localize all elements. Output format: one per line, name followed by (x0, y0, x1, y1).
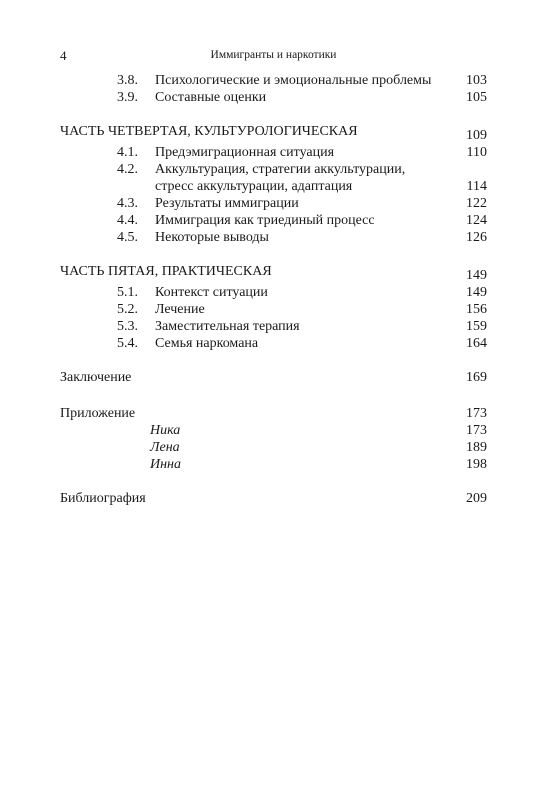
toc-entry[interactable]: Заключение169 (60, 369, 487, 386)
toc-entry[interactable]: 4.2.Аккультурация, стратегии аккультурац… (60, 161, 487, 195)
toc-entry-number: 5.3. (117, 318, 155, 335)
toc-entry-title: Ника (150, 422, 487, 439)
toc-entry[interactable]: Лена189 (60, 439, 487, 456)
toc-entry-page: 169 (466, 369, 487, 386)
toc-entry-number: 4.3. (117, 195, 155, 212)
running-title: Иммигранты и наркотики (60, 49, 487, 61)
toc-entry[interactable]: 4.3.Результаты иммиграции122 (60, 195, 487, 212)
toc-entry-number: 3.8. (117, 72, 155, 89)
toc-entry-page: 114 (467, 178, 487, 195)
toc-entry-number: 5.4. (117, 335, 155, 352)
toc-entry-number: 4.2. (117, 161, 155, 195)
toc-entry[interactable]: 5.4.Семья наркомана164 (60, 335, 487, 352)
toc-entry-number: 3.9. (117, 89, 155, 106)
toc-entry[interactable]: 4.1.Предэмиграционная ситуация110 (60, 144, 487, 161)
toc-entry[interactable]: 5.3.Заместительная терапия159 (60, 318, 487, 335)
toc-entry[interactable]: 3.8.Психологические и эмоциональные проб… (60, 72, 487, 89)
toc-entry-page: 159 (466, 318, 487, 335)
toc-entry-number: 4.1. (117, 144, 155, 161)
toc-entry[interactable]: Ника173 (60, 422, 487, 439)
toc-entry-title: Аккультурация, стратегии аккультурации, … (155, 161, 487, 195)
toc-entry[interactable]: 3.9.Составные оценки105 (60, 89, 487, 106)
toc-entry-title: Некоторые выводы (155, 229, 487, 246)
toc-entry-page: 173 (466, 422, 487, 439)
toc-entry-page: 164 (466, 335, 487, 352)
toc-entry[interactable]: 4.4.Иммиграция как триединый процесс124 (60, 212, 487, 229)
table-of-contents: 3.8.Психологические и эмоциональные проб… (60, 72, 487, 507)
toc-entry-page: 105 (466, 89, 487, 106)
toc-entry-title: Заместительная терапия (155, 318, 487, 335)
toc-entry[interactable]: Приложение173 (60, 405, 487, 422)
toc-entry-page: 110 (467, 144, 487, 161)
toc-entry-page: 109 (466, 127, 487, 144)
toc-entry[interactable]: 4.5.Некоторые выводы126 (60, 229, 487, 246)
toc-part-heading[interactable]: ЧАСТЬ ПЯТАЯ, ПРАКТИЧЕСКАЯ149 (60, 263, 487, 284)
toc-entry-page: 126 (466, 229, 487, 246)
toc-entry-title: ЧАСТЬ ПЯТАЯ, ПРАКТИЧЕСКАЯ (60, 263, 487, 280)
toc-entry-page: 173 (466, 405, 487, 422)
toc-entry-page: 149 (466, 284, 487, 301)
toc-entry-title: Иммиграция как триединый процесс (155, 212, 487, 229)
toc-entry-title: Составные оценки (155, 89, 487, 106)
toc-entry-title: Психологические и эмоциональные проблемы (155, 72, 487, 89)
toc-entry-page: 198 (466, 456, 487, 473)
toc-entry-title: Лена (150, 439, 487, 456)
toc-entry-page: 124 (466, 212, 487, 229)
toc-entry-title: Семья наркомана (155, 335, 487, 352)
toc-entry-page: 209 (466, 490, 487, 507)
toc-entry-number: 5.1. (117, 284, 155, 301)
toc-entry-title: Предэмиграционная ситуация (155, 144, 487, 161)
toc-entry-number: 4.4. (117, 212, 155, 229)
toc-part-heading[interactable]: ЧАСТЬ ЧЕТВЕРТАЯ, КУЛЬТУРОЛОГИЧЕСКАЯ109 (60, 123, 487, 144)
running-head: 4 Иммигранты и наркотики (60, 48, 487, 64)
toc-entry-page: 149 (466, 267, 487, 284)
toc-entry[interactable]: Библиография209 (60, 490, 487, 507)
toc-entry-title: ЧАСТЬ ЧЕТВЕРТАЯ, КУЛЬТУРОЛОГИЧЕСКАЯ (60, 123, 487, 140)
toc-entry-page: 156 (466, 301, 487, 318)
toc-entry-title: Контекст ситуации (155, 284, 487, 301)
toc-entry-number: 5.2. (117, 301, 155, 318)
toc-entry[interactable]: 5.1.Контекст ситуации149 (60, 284, 487, 301)
toc-entry-title: Результаты иммиграции (155, 195, 487, 212)
toc-entry-title: Инна (150, 456, 487, 473)
toc-entry-title: Заключение (60, 369, 487, 386)
toc-entry-page: 122 (466, 195, 487, 212)
toc-entry-page: 103 (466, 72, 487, 89)
toc-entry-page: 189 (466, 439, 487, 456)
toc-entry-title: Библиография (60, 490, 487, 507)
toc-entry-title: Лечение (155, 301, 487, 318)
toc-entry[interactable]: Инна198 (60, 456, 487, 473)
toc-entry[interactable]: 5.2.Лечение156 (60, 301, 487, 318)
toc-entry-number: 4.5. (117, 229, 155, 246)
toc-entry-title: Приложение (60, 405, 487, 422)
